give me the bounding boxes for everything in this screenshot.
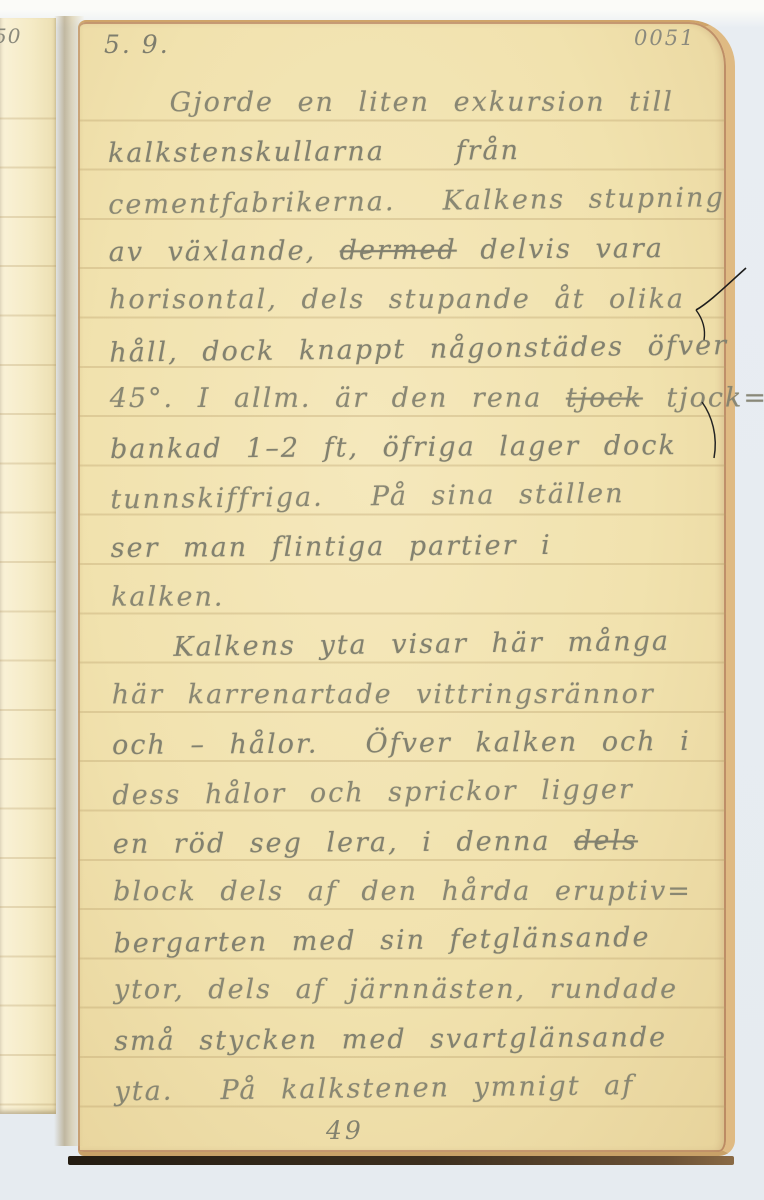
- struck-word: dels: [574, 825, 638, 856]
- previous-page-scan-number: 50: [0, 24, 21, 48]
- handwriting-line: block dels af den hårda eruptiv=: [113, 875, 692, 910]
- struck-word: tjock: [566, 382, 643, 413]
- handwriting-text: håll, dock knappt någonstädes öfver: [109, 330, 728, 369]
- handwriting-line: av växlande, dermed delvis vara: [109, 232, 665, 270]
- handwriting-text: ser man flintiga partier i: [111, 530, 552, 564]
- handwriting-line: tunnskiffriga. På sina ställen: [110, 477, 625, 517]
- handwriting-line: en röd seg lera, i denna dels: [113, 824, 638, 862]
- previous-page-ruled-lines: [0, 70, 56, 1114]
- handwriting-line: dess hålor och sprickor ligger: [112, 773, 634, 813]
- handwriting-text: delvis vara: [457, 233, 664, 265]
- handwriting-text: block dels af den hårda eruptiv=: [113, 876, 692, 908]
- handwriting-text: tunnskiffriga. På sina ställen: [110, 478, 625, 515]
- handwriting-line: Kalkens yta visar här många: [173, 625, 670, 665]
- paper-fiber-mark: [688, 262, 752, 352]
- handwriting-text: en röd seg lera, i denna: [113, 825, 575, 859]
- handwriting-text: horisontal, dels stupande åt olika: [109, 284, 685, 316]
- handwriting-text: och – hålor. Öfver kalken och i: [112, 726, 691, 761]
- handwriting-line: bergarten med sin fetglänsande: [113, 921, 650, 962]
- handwriting-line: yta. På kalkstenen ymnigt af: [114, 1069, 634, 1109]
- handwriting-text: yta. På kalkstenen ymnigt af: [114, 1070, 634, 1107]
- handwriting-line: här karrenartade vittringsrännor: [112, 677, 655, 711]
- handwriting-line: kalkstenskullarna från: [108, 134, 520, 171]
- page-number: 49: [326, 1116, 364, 1145]
- handwriting-line: ser man flintiga partier i: [111, 529, 552, 566]
- handwriting-text: dess hålor och sprickor ligger: [112, 774, 634, 811]
- handwriting-line: små stycken med svartglänsande: [114, 1021, 667, 1059]
- paper-fiber-mark: [696, 398, 730, 462]
- handwriting-text: bergarten med sin fetglänsande: [113, 922, 650, 960]
- handwriting-text: Kalkens yta visar här många: [173, 626, 670, 663]
- handwriting-line: Gjorde en liten exkursion till: [170, 86, 674, 120]
- page-bottom-shadow: [68, 1156, 734, 1165]
- handwriting-line: bankad 1–2 ft, öfriga lager dock: [110, 429, 677, 467]
- handwriting-text: 45°. I allm. är den rena: [110, 382, 566, 413]
- handwriting-line: och – hålor. Öfver kalken och i: [112, 725, 691, 763]
- notebook-page: 5. 9. 0051 Gjorde en liten exkursion til…: [78, 20, 735, 1156]
- handwriting-text: av växlande,: [109, 235, 340, 268]
- handwriting-text: kalkstenskullarna från: [108, 135, 520, 169]
- struck-word: dermed: [340, 235, 457, 267]
- handwriting-text: bankad 1–2 ft, öfriga lager dock: [110, 430, 677, 465]
- handwriting-text: här karrenartade vittringsrännor: [112, 678, 655, 709]
- handwriting-line: håll, dock knappt någonstädes öfver: [109, 329, 728, 371]
- handwriting-lines: Gjorde en liten exkursion tillkalkstensk…: [74, 20, 730, 1154]
- handwriting-line: ytor, dels af järnnästen, rundade: [114, 973, 678, 1007]
- handwriting-text: ytor, dels af järnnästen, rundade: [114, 974, 678, 1005]
- handwriting-text: Gjorde en liten exkursion till: [170, 87, 674, 118]
- handwriting-line: 45°. I allm. är den rena tjock tjock=: [110, 381, 764, 416]
- handwriting-text: kalken.: [111, 582, 224, 613]
- handwriting-line: horisontal, dels stupande åt olika: [109, 283, 685, 318]
- handwriting-line: kalken.: [111, 581, 224, 615]
- previous-page-edge: 50: [0, 18, 56, 1114]
- handwriting-line: cementfabrikerna. Kalkens stupning: [108, 181, 725, 223]
- binding-gutter-shadow: [54, 16, 84, 1146]
- handwriting-text: cementfabrikerna. Kalkens stupning: [108, 182, 725, 221]
- handwriting-text: små stycken med svartglänsande: [114, 1022, 667, 1057]
